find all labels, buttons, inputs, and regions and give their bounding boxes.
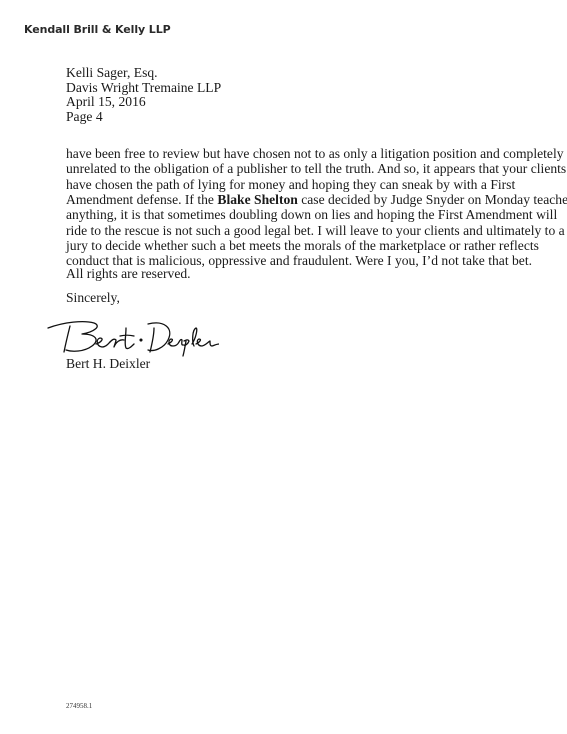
body-line: have chosen the path of lying for money … bbox=[66, 177, 506, 192]
closing-salutation: Sincerely, bbox=[66, 290, 120, 306]
page-number: Page 4 bbox=[66, 110, 221, 125]
body-line-suffix: case decided by Judge Snyder on Monday t… bbox=[298, 192, 567, 207]
document-id: 274958.1 bbox=[66, 702, 92, 710]
case-name-bold: Blake Shelton bbox=[217, 192, 297, 207]
body-paragraph: have been free to review but have chosen… bbox=[66, 146, 506, 269]
body-line: have been free to review but have chosen… bbox=[66, 146, 506, 161]
signer-name: Bert H. Deixler bbox=[66, 356, 150, 372]
recipient-name: Kelli Sager, Esq. bbox=[66, 66, 221, 81]
letter-date: April 15, 2016 bbox=[66, 95, 221, 110]
address-block: Kelli Sager, Esq. Davis Wright Tremaine … bbox=[66, 66, 221, 124]
body-line: unrelated to the obligation of a publish… bbox=[66, 161, 506, 176]
body-line: Amendment defense. If the Blake Shelton … bbox=[66, 192, 506, 207]
body-line: anything, it is that sometimes doubling … bbox=[66, 207, 506, 222]
body-line-prefix: Amendment defense. If the bbox=[66, 192, 217, 207]
body-line: ride to the rescue is not such a good le… bbox=[66, 223, 506, 238]
body-line: jury to decide whether such a bet meets … bbox=[66, 238, 506, 253]
letterhead-firm-name: Kendall Brill & Kelly LLP bbox=[24, 23, 171, 36]
signature-icon bbox=[44, 314, 219, 358]
rights-statement: All rights are reserved. bbox=[66, 266, 191, 282]
recipient-firm: Davis Wright Tremaine LLP bbox=[66, 81, 221, 96]
